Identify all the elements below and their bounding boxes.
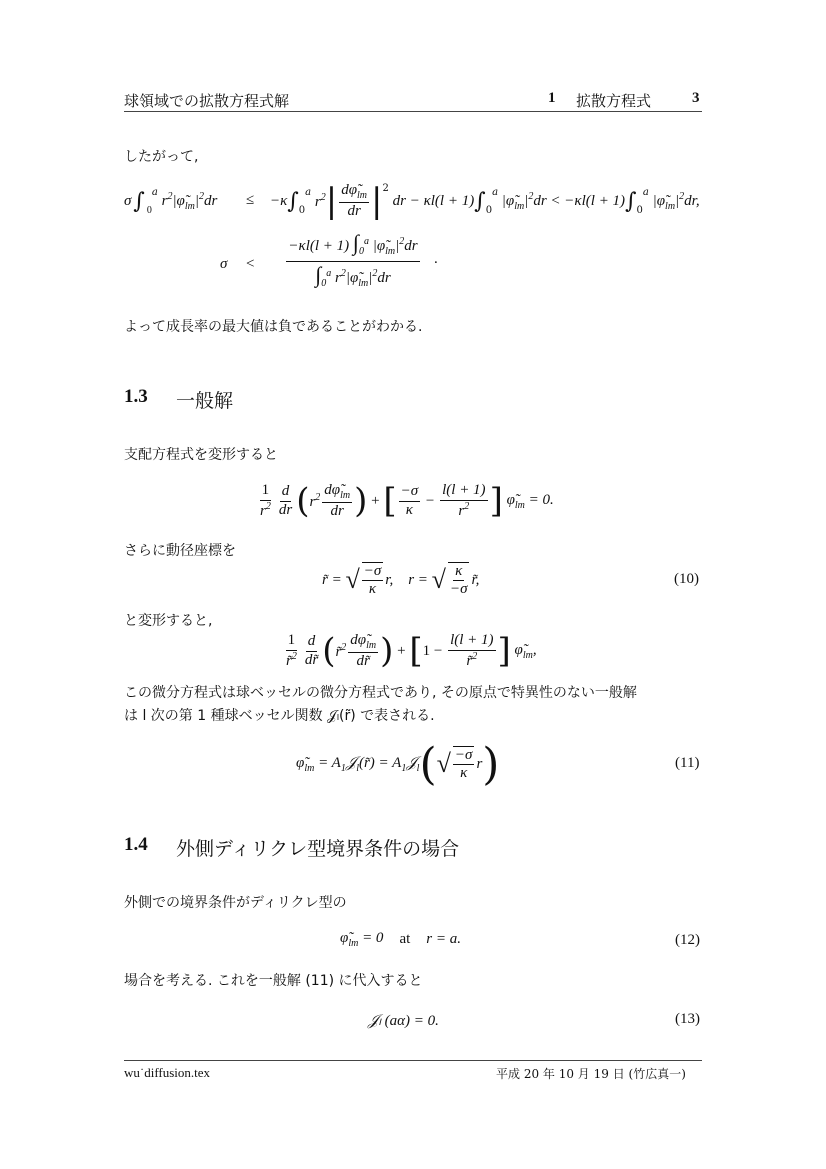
intro-text: したがって,	[124, 146, 198, 166]
equation-10-number: (10)	[674, 571, 699, 588]
inequality-2-lhs: σ	[220, 256, 227, 273]
equation-12: φ̃lm = 0 at r = a.	[340, 930, 461, 949]
inequality-2-fraction: −κl(l + 1) ∫0a |φ̃lm|2dr ∫0a r2|φ̃lm|2dr…	[272, 230, 438, 289]
equation-12-number: (12)	[675, 932, 700, 949]
footer-date-author: 平成 20 年 10 月 19 日 (竹広真一)	[496, 1065, 686, 1082]
equation-13-number: (13)	[675, 1011, 700, 1028]
section-1-3-para4-line2: は l 次の第 1 種球ベッセル関数 𝒥ₗ(r̃) で表される.	[124, 705, 435, 725]
section-1-3-para3: と変形すると,	[124, 610, 212, 630]
page-number: 3	[692, 90, 700, 107]
equation-10: r̃ = √ −σκ r, r = √ κ−σ r̃,	[322, 558, 479, 602]
inequality-1: σ∫0a r2|φ̃lm|2dr	[124, 178, 217, 224]
running-header-section-title: 拡散方程式	[576, 90, 651, 111]
footer-rule	[124, 1060, 702, 1061]
running-header-title: 球領域での拡散方程式解	[124, 90, 289, 111]
governing-equation: 1r2 ddr (r2 dφ̃lmdr ) + [ −σκ − l(l + 1)…	[256, 476, 554, 526]
section-1-3-title: 一般解	[176, 386, 233, 413]
equation-13: 𝒥ₗ (aα) = 0.	[368, 1011, 439, 1030]
conclusion-text: よって成長率の最大値は負であることがわかる.	[124, 316, 422, 336]
equation-11: φ̃lm = A1𝒥l(r̃) = A1𝒥l (√ −σκ r)	[296, 738, 499, 790]
inequality-1-rhs: −κ∫0a r2 | dφ̃lmdr |2 dr − κl(l + 1)∫0a …	[270, 176, 700, 226]
footer-filename: wu˙diffusion.tex	[124, 1065, 210, 1081]
section-1-3-para2: さらに動径座標を	[124, 540, 236, 560]
equation-12-rhs: r = a.	[426, 931, 461, 948]
inequality-2-relation: <	[246, 256, 254, 273]
header-rule	[124, 111, 702, 112]
transformed-equation: 1r̃2 ddr̃ (r̃2 dφ̃lmdr̃ ) + [1 − l(l + 1…	[282, 626, 537, 676]
equation-11-number: (11)	[675, 755, 699, 772]
section-1-3-number: 1.3	[124, 386, 148, 408]
running-header-section-number: 1	[548, 90, 556, 107]
section-1-3-para4-line1: この微分方程式は球ベッセルの微分方程式であり, その原点で特異性のない一般解	[124, 682, 637, 702]
section-1-3-para1: 支配方程式を変形すると	[124, 444, 278, 464]
section-1-4-para2: 場合を考える. これを一般解 (11) に代入すると	[124, 970, 423, 990]
section-1-4-title: 外側ディリクレ型境界条件の場合	[176, 834, 459, 861]
equation-12-at: at	[399, 931, 410, 948]
inequality-1-relation: ≤	[246, 192, 254, 209]
section-1-4-para1: 外側での境界条件がディリクレ型の	[124, 892, 347, 912]
section-1-4-number: 1.4	[124, 834, 148, 856]
